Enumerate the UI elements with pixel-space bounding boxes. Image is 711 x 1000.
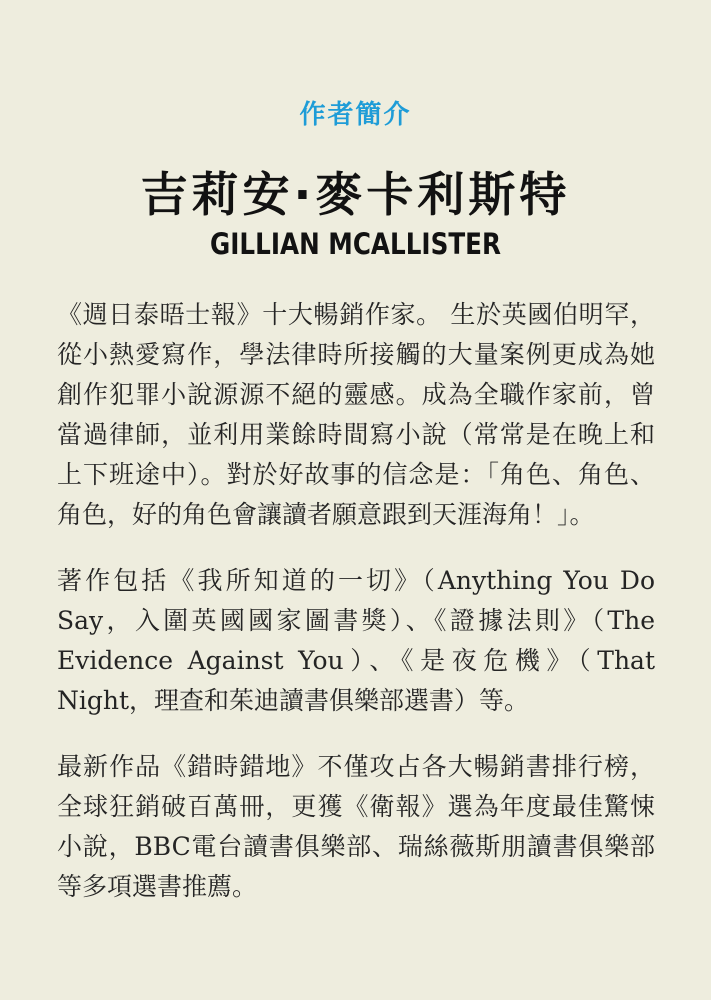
bio-paragraph-2: 著作包括《我所知道的一切》（Anything You Do Say，入圍英國國家… [57, 561, 655, 721]
section-heading: 作者簡介 [0, 94, 711, 131]
author-name-english: GILLIAN MCALLISTER [53, 227, 657, 261]
book-page: 作者簡介 吉莉安·麥卡利斯特 GILLIAN MCALLISTER 《週日泰晤士… [0, 0, 711, 1000]
author-name-chinese: 吉莉安·麥卡利斯特 [0, 158, 711, 225]
author-bio: 《週日泰晤士報》十大暢銷作家。 生於英國伯明罕，從小熱愛寫作，學法律時所接觸的大… [57, 295, 655, 907]
bio-paragraph-1: 《週日泰晤士報》十大暢銷作家。 生於英國伯明罕，從小熱愛寫作，學法律時所接觸的大… [57, 295, 655, 535]
bio-paragraph-3: 最新作品《錯時錯地》不僅攻占各大暢銷書排行榜，全球狂銷破百萬冊，更獲《衛報》選為… [57, 747, 655, 907]
